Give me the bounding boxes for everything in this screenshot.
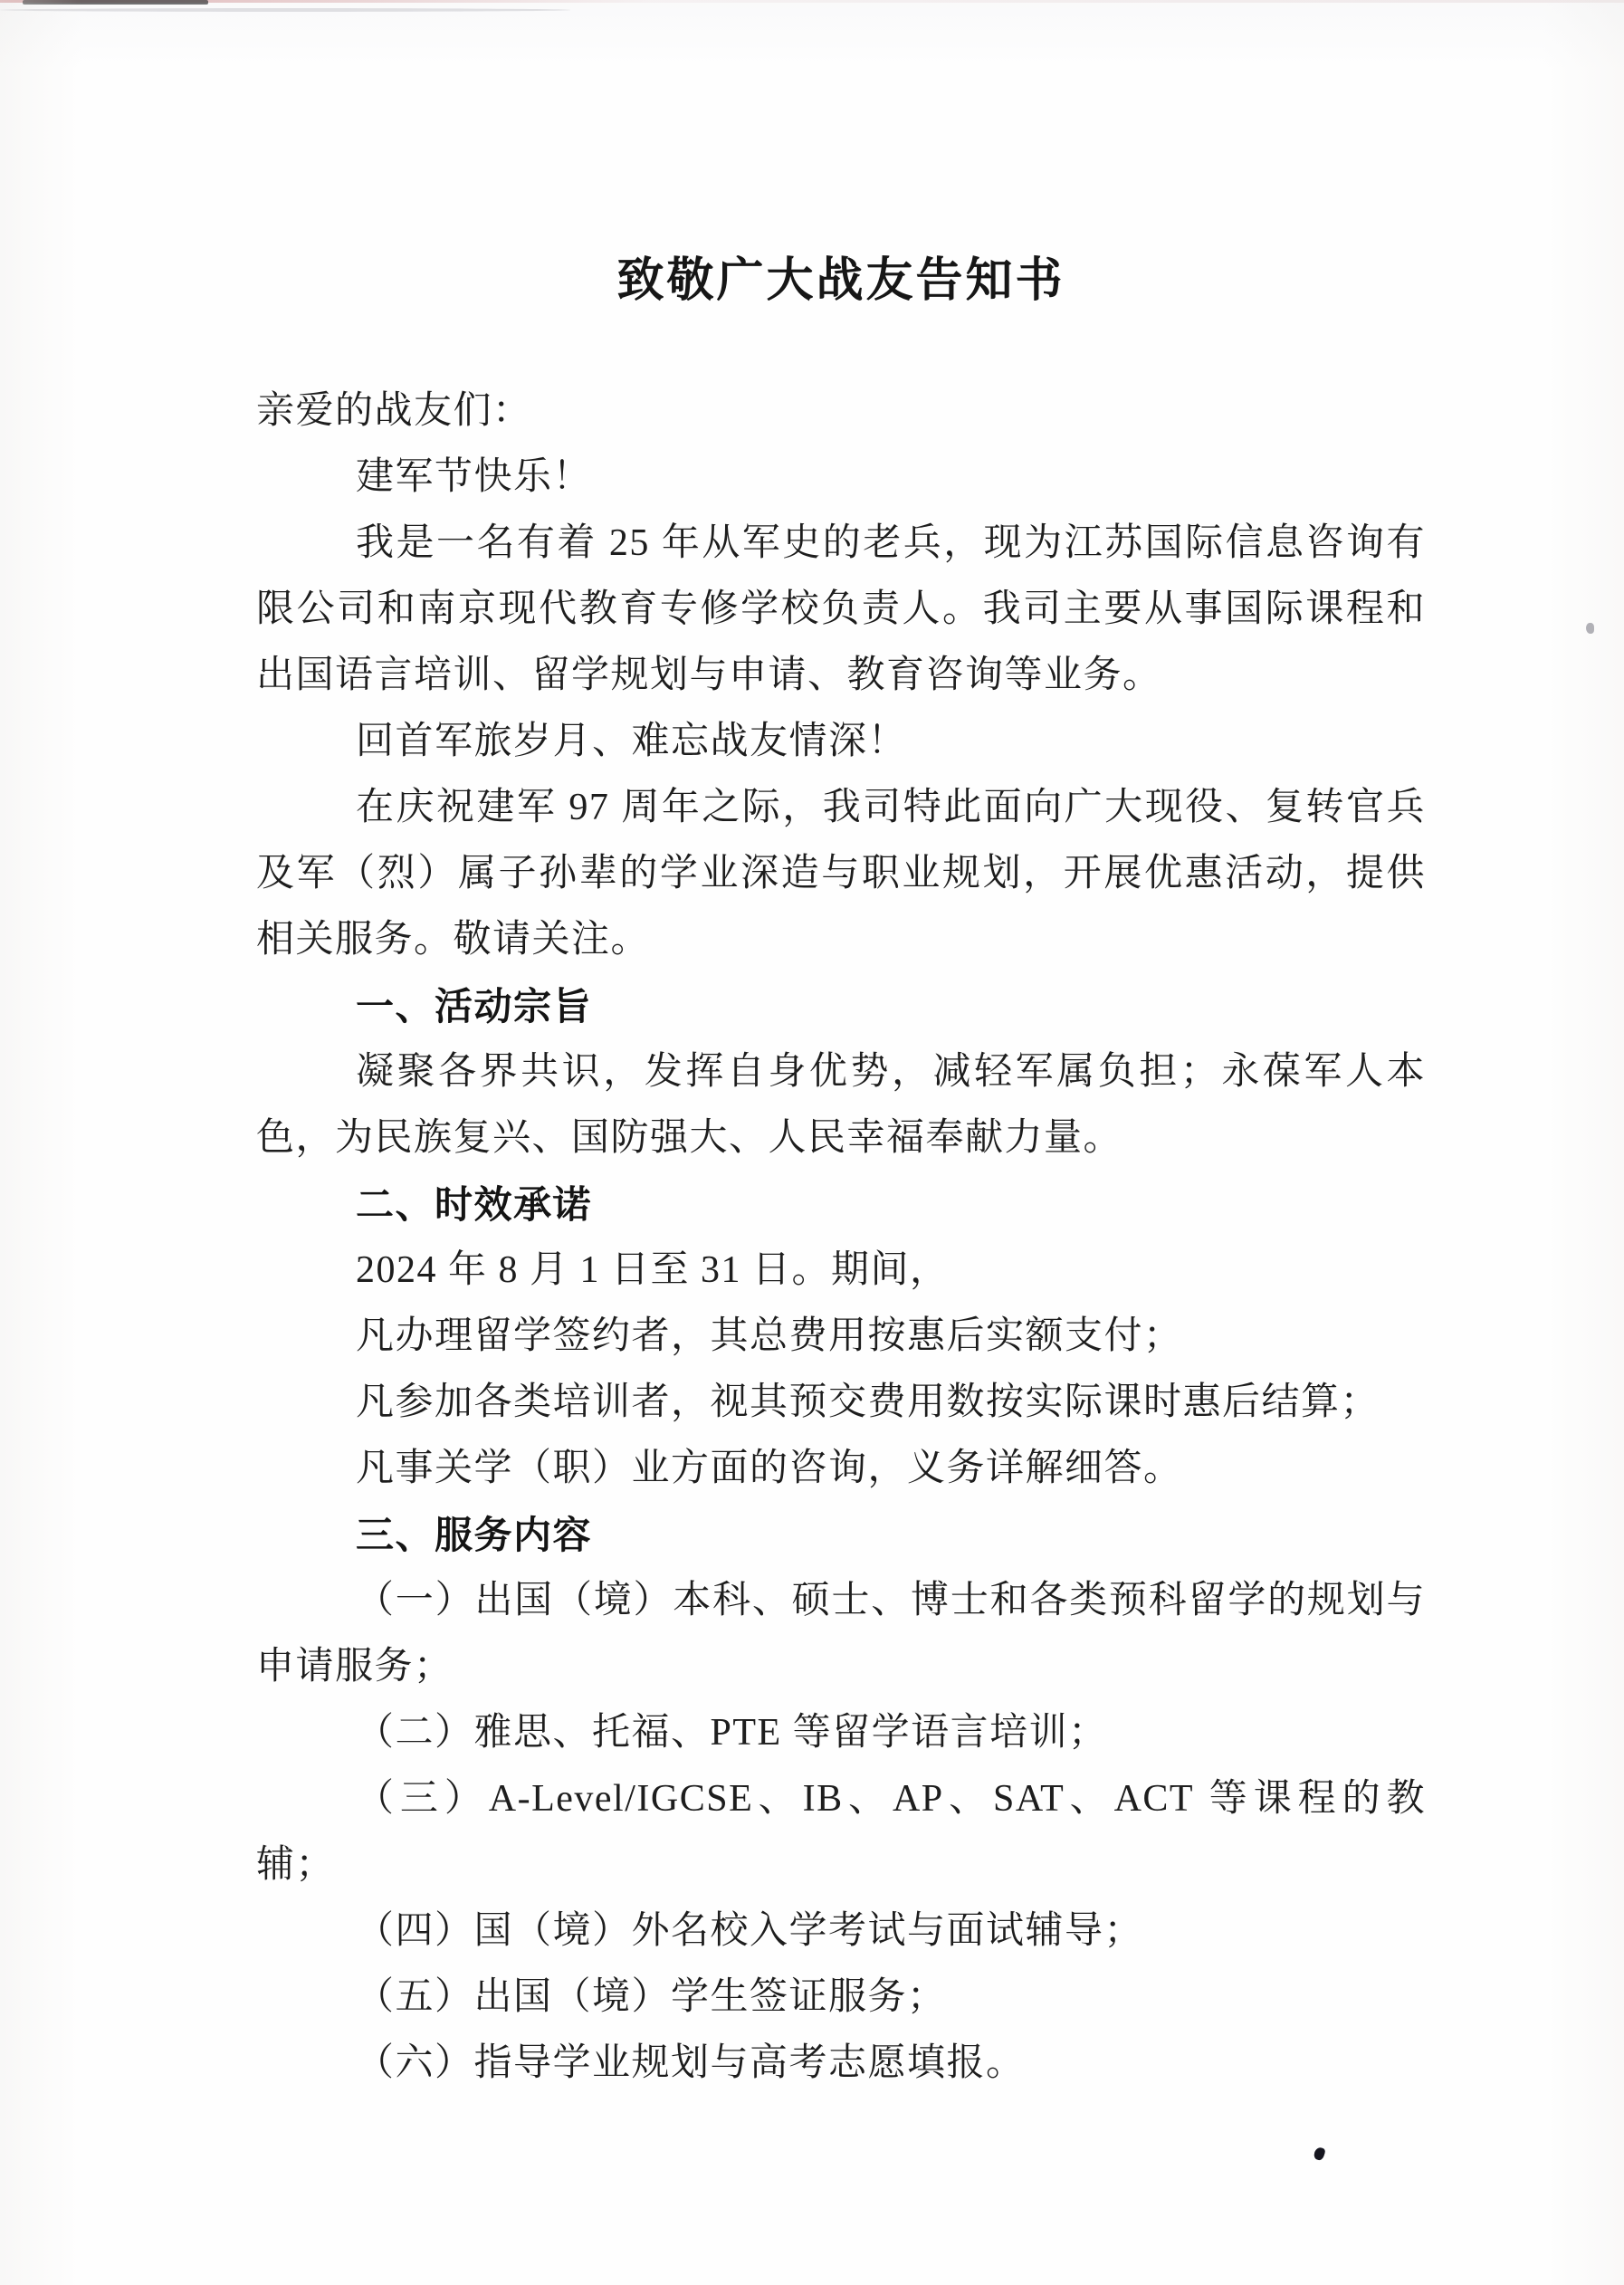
reminiscence-line: 回首军旅岁月、难忘战友情深！ — [256, 709, 1426, 775]
service-item-4: （四）国（境）外名校入学考试与面试辅导； — [256, 1898, 1426, 1965]
document-title: 致敬广大战友告知书 — [256, 241, 1426, 320]
scan-artifact-top-line — [23, 0, 208, 5]
greeting-line: 建军节快乐！ — [256, 445, 1426, 511]
section-heading-services: 三、服务内容 — [256, 1502, 1426, 1568]
scan-artifact-top-smudge — [0, 8, 570, 12]
service-item-5: （五）出国（境）学生签证服务； — [256, 1965, 1426, 2031]
scan-artifact-speck-bottom — [1313, 2146, 1326, 2162]
scan-artifact-speck-right — [1586, 623, 1594, 634]
salutation-line: 亲爱的战友们： — [256, 378, 1426, 445]
service-item-1: （一）出国（境）本科、硕士、博士和各类预科留学的规划与申请服务； — [256, 1568, 1426, 1700]
announcement-paragraph: 在庆祝建军 97 周年之际，我司特此面向广大现役、复转官兵及军（烈）属子孙辈的学… — [256, 775, 1426, 973]
intro-paragraph: 我是一名有着 25 年从军史的老兵，现为江苏国际信息咨询有限公司和南京现代教育专… — [256, 511, 1426, 709]
document-body: 亲爱的战友们： 建军节快乐！ 我是一名有着 25 年从军史的老兵，现为江苏国际信… — [256, 378, 1426, 2097]
consultation-offer-line: 凡事关学（职）业方面的咨询，义务详解细答。 — [256, 1436, 1426, 1502]
scan-artifact-top-tint — [0, 0, 1624, 3]
service-item-2: （二）雅思、托福、PTE 等留学语言培训； — [256, 1700, 1426, 1766]
validity-period-line: 2024 年 8 月 1 日至 31 日。期间， — [256, 1238, 1426, 1304]
section-heading-purpose: 一、活动宗旨 — [256, 973, 1426, 1039]
service-item-3: （三）A-Level/IGCSE、IB、AP、SAT、ACT 等课程的教辅； — [256, 1766, 1426, 1898]
study-abroad-offer-line: 凡办理留学签约者，其总费用按惠后实额支付； — [256, 1304, 1426, 1370]
service-item-6: （六）指导学业规划与高考志愿填报。 — [256, 2031, 1426, 2097]
section-heading-validity: 二、时效承诺 — [256, 1171, 1426, 1238]
training-offer-line: 凡参加各类培训者，视其预交费用数按实际课时惠后结算； — [256, 1370, 1426, 1436]
document-page: 致敬广大战友告知书 亲爱的战友们： 建军节快乐！ 我是一名有着 25 年从军史的… — [0, 0, 1624, 2285]
purpose-paragraph: 凝聚各界共识，发挥自身优势，减轻军属负担；永葆军人本色，为民族复兴、国防强大、人… — [256, 1039, 1426, 1171]
